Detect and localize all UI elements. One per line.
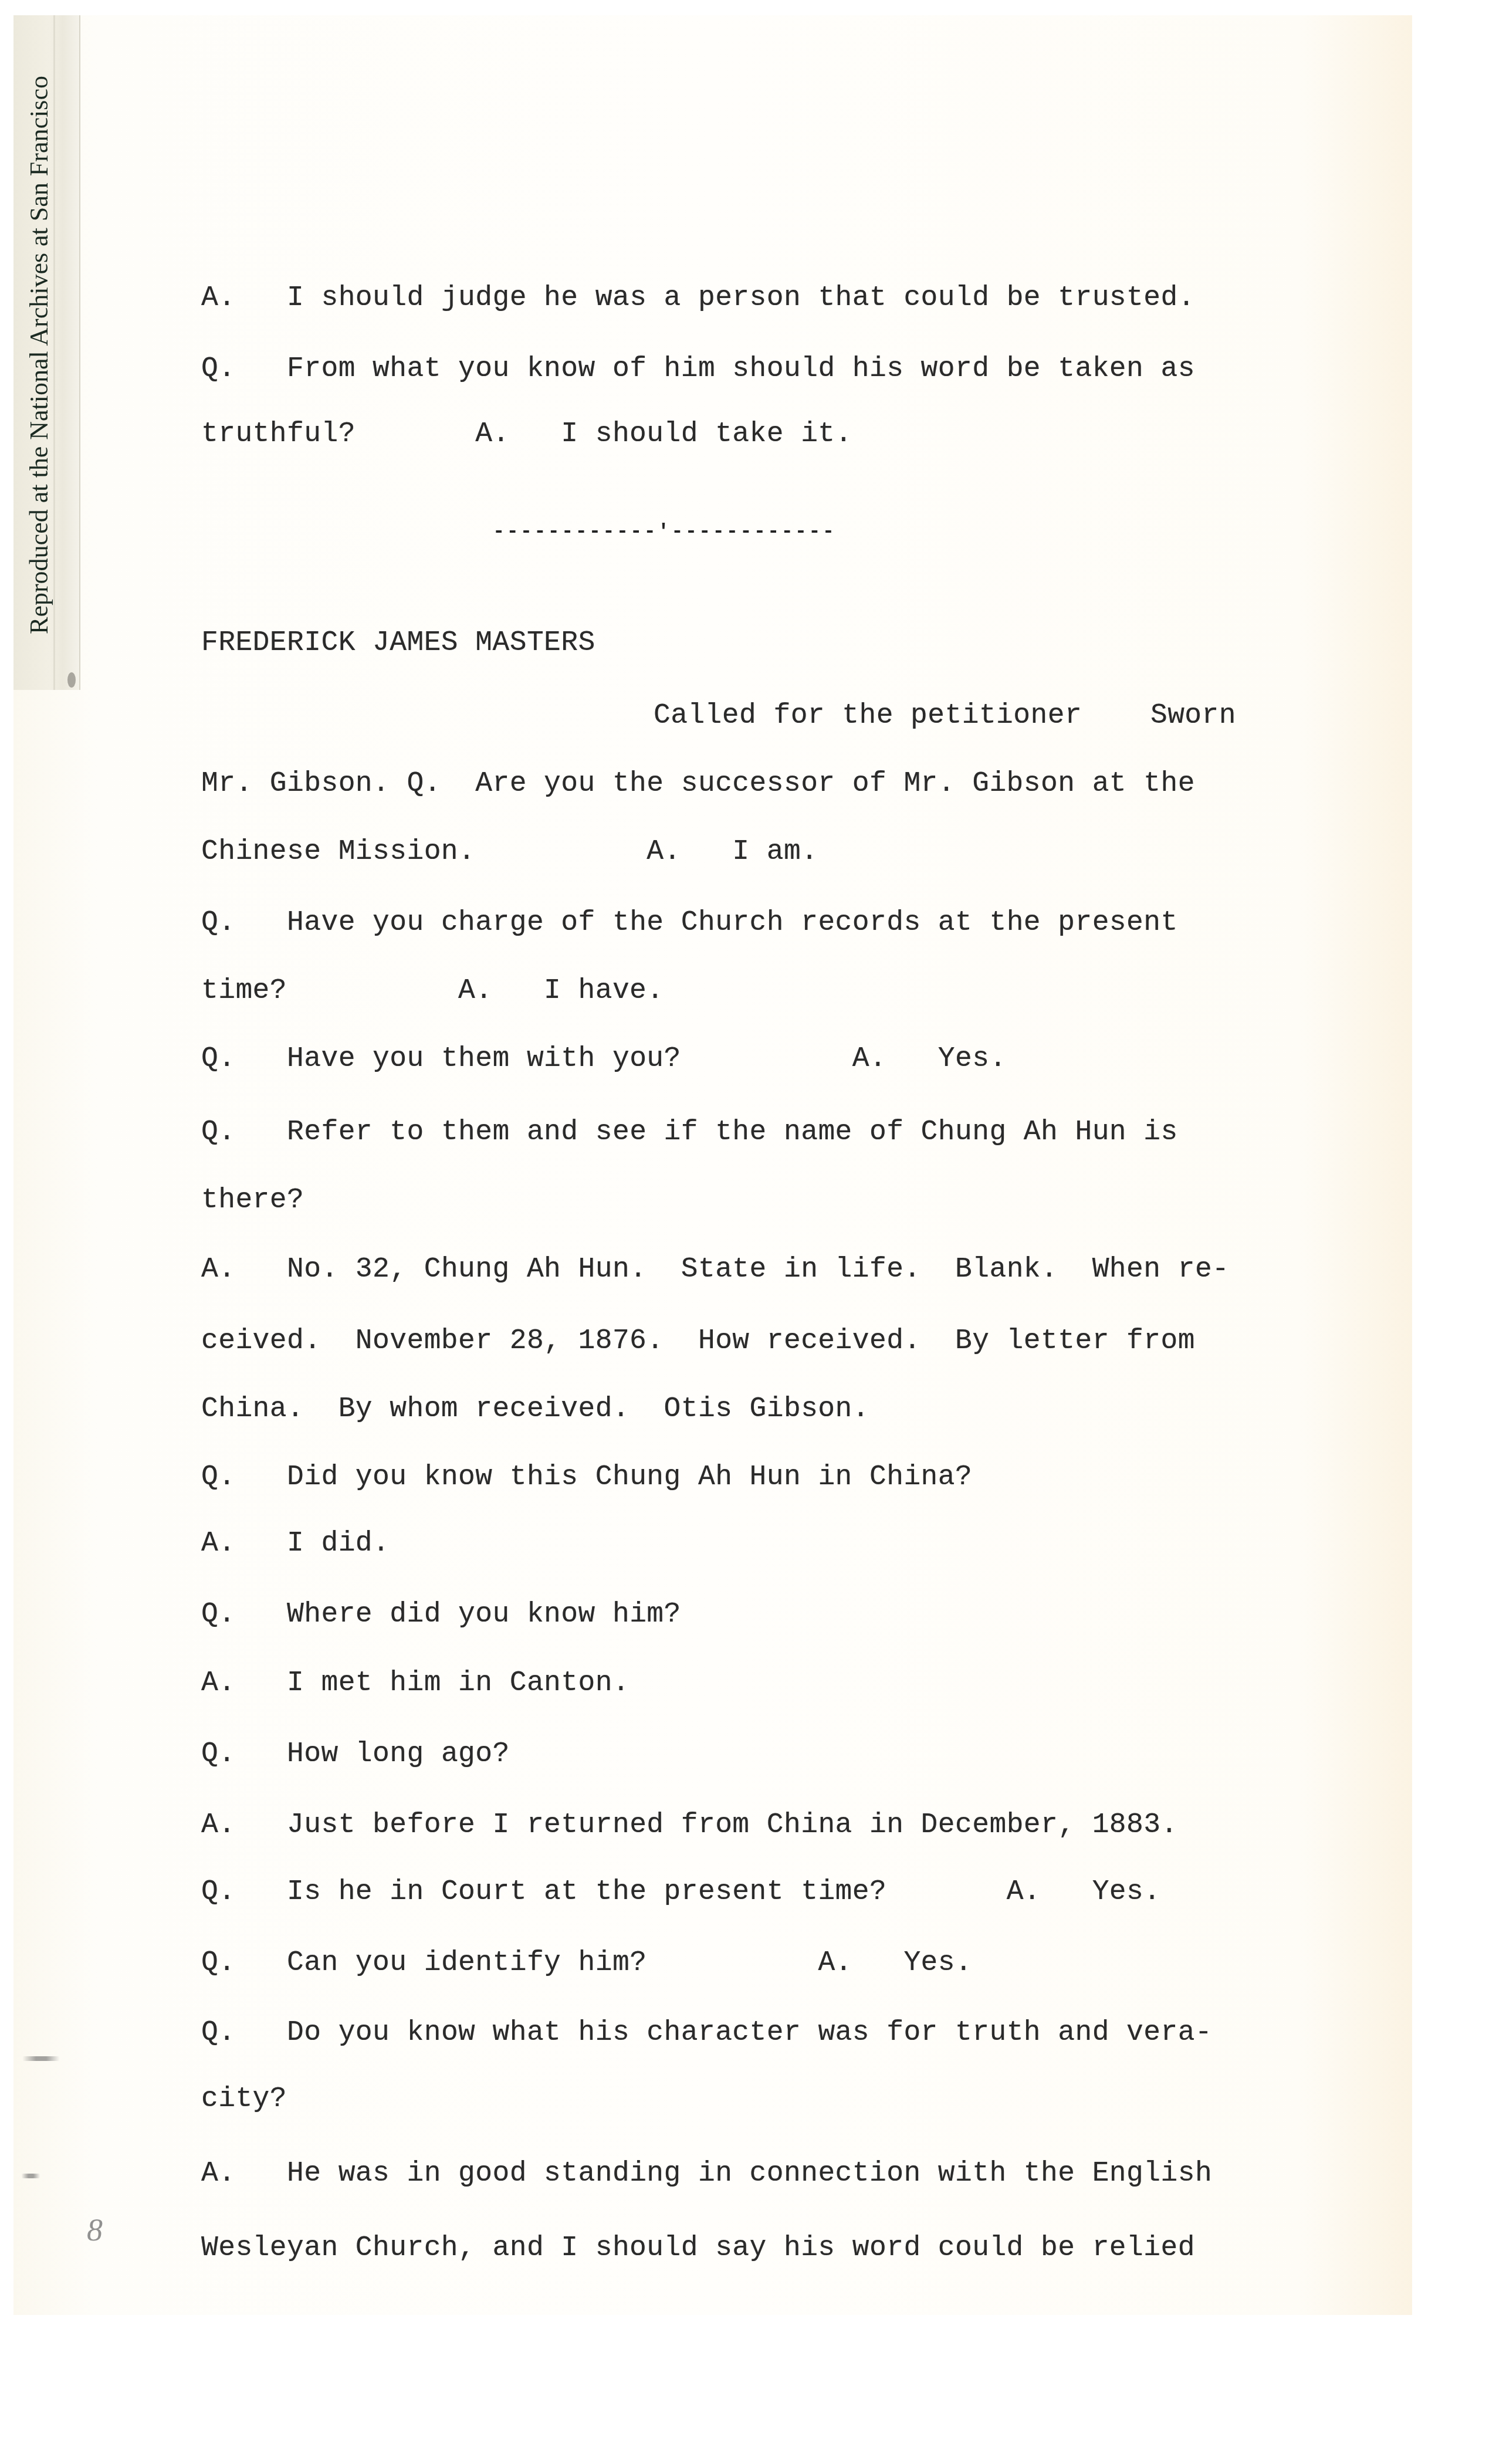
question-line: Q. Where did you know him? (201, 1600, 681, 1629)
line-text: No. 32, Chung Ah Hun. State in life. Bla… (287, 1254, 1229, 1285)
line-text: I did. (287, 1528, 390, 1559)
section-separator: ------------'------------ (493, 522, 836, 542)
line-text: He was in good standing in connection wi… (287, 2158, 1212, 2189)
qa-label: A. (201, 1254, 235, 1285)
line-text: Called for the petitioner Sworn (654, 700, 1236, 732)
line-text: China. By whom received. Otis Gibson. (201, 1393, 869, 1425)
qa-label: A. (201, 2158, 235, 2189)
line-text: I should judge he was a person that coul… (287, 282, 1195, 314)
question-line: Q. Have you charge of the Church records… (201, 909, 1178, 937)
question-line: Q. How long ago? (201, 1740, 510, 1768)
line-text: Where did you know him? (287, 1599, 681, 1630)
answer-line: A. I did. (201, 1529, 390, 1558)
continuation-line: Chinese Mission. A. I am. (201, 838, 818, 866)
question-line: Q. Can you identify him? A. Yes. (201, 1949, 972, 1977)
qa-label: Q. (201, 907, 235, 939)
line-text: From what you know of him should his wor… (287, 353, 1195, 385)
question-line: Q. Have you them with you? A. Yes. (201, 1045, 1007, 1073)
line-text: Wesleyan Church, and I should say his wo… (201, 2232, 1195, 2264)
line-text: city? (201, 2083, 287, 2115)
line-text: Do you know what his character was for t… (287, 2017, 1212, 2049)
answer-line: A. He was in good standing in connection… (201, 2160, 1212, 2188)
continuation-line: Wesleyan Church, and I should say his wo… (201, 2234, 1195, 2262)
qa-label: Q. (201, 2017, 235, 2049)
line-text: Is he in Court at the present time? A. Y… (287, 1876, 1160, 1908)
qa-label: A. (201, 1809, 235, 1841)
question-line: Q. Do you know what his character was fo… (201, 2019, 1212, 2047)
line-text: FREDERICK JAMES MASTERS (201, 627, 595, 659)
witness-called-line: Called for the petitioner Sworn (654, 702, 1236, 730)
question-line: Mr. Gibson. Q. Are you the successor of … (201, 770, 1195, 798)
archive-stamp-text: Reproduced at the National Archives at S… (24, 76, 54, 634)
witness-name: FREDERICK JAMES MASTERS (201, 629, 595, 657)
qa-label: Q. (201, 1876, 235, 1908)
continuation-line: time? A. I have. (201, 977, 664, 1005)
qa-label: Q. (201, 1461, 235, 1493)
qa-label: Q. (201, 1043, 235, 1075)
question-line: Q. Refer to them and see if the name of … (201, 1118, 1178, 1146)
answer-line: A. I should judge he was a person that c… (201, 284, 1195, 312)
continuation-line: truthful? A. I should take it. (201, 420, 852, 448)
qa-label: A. (201, 1667, 235, 1699)
answer-line: A. No. 32, Chung Ah Hun. State in life. … (201, 1255, 1229, 1284)
line-text: Chinese Mission. A. I am. (201, 836, 818, 868)
line-text: Can you identify him? A. Yes. (287, 1947, 972, 1979)
qa-label: A. (201, 282, 235, 314)
line-text: I met him in Canton. (287, 1667, 629, 1699)
continuation-line: there? (201, 1186, 304, 1214)
line-text: Have you them with you? A. Yes. (287, 1043, 1007, 1075)
margin-speck (18, 2174, 44, 2178)
line-text: How long ago? (287, 1738, 510, 1770)
qa-label: Q. (201, 1599, 235, 1630)
qa-label: Q. (201, 353, 235, 385)
answer-line: A. Just before I returned from China in … (201, 1811, 1178, 1839)
strip-blot (67, 672, 76, 688)
question-line: Q. From what you know of him should his … (201, 355, 1195, 383)
margin-speck (15, 2056, 67, 2061)
continuation-line: ceived. November 28, 1876. How received.… (201, 1327, 1195, 1355)
qa-label: Q. (201, 1116, 235, 1148)
line-text: truthful? A. I should take it. (201, 418, 852, 450)
question-line: Q. Did you know this Chung Ah Hun in Chi… (201, 1463, 972, 1491)
qa-label: Q. (201, 1738, 235, 1770)
continuation-line: city? (201, 2085, 287, 2113)
handwritten-margin-mark: 8 (87, 2212, 103, 2248)
line-text: Have you charge of the Church records at… (287, 907, 1178, 939)
qa-label: Q. (201, 1947, 235, 1979)
line-text: Did you know this Chung Ah Hun in China? (287, 1461, 972, 1493)
line-text: Mr. Gibson. Q. Are you the successor of … (201, 768, 1195, 800)
line-text: there? (201, 1184, 304, 1216)
continuation-line: China. By whom received. Otis Gibson. (201, 1395, 869, 1423)
line-text: time? A. I have. (201, 975, 664, 1007)
qa-label: A. (201, 1528, 235, 1559)
line-text: Just before I returned from China in Dec… (287, 1809, 1178, 1841)
line-text: ceived. November 28, 1876. How received.… (201, 1325, 1195, 1357)
answer-line: A. I met him in Canton. (201, 1669, 629, 1697)
line-text: Refer to them and see if the name of Chu… (287, 1116, 1178, 1148)
question-line: Q. Is he in Court at the present time? A… (201, 1878, 1161, 1906)
